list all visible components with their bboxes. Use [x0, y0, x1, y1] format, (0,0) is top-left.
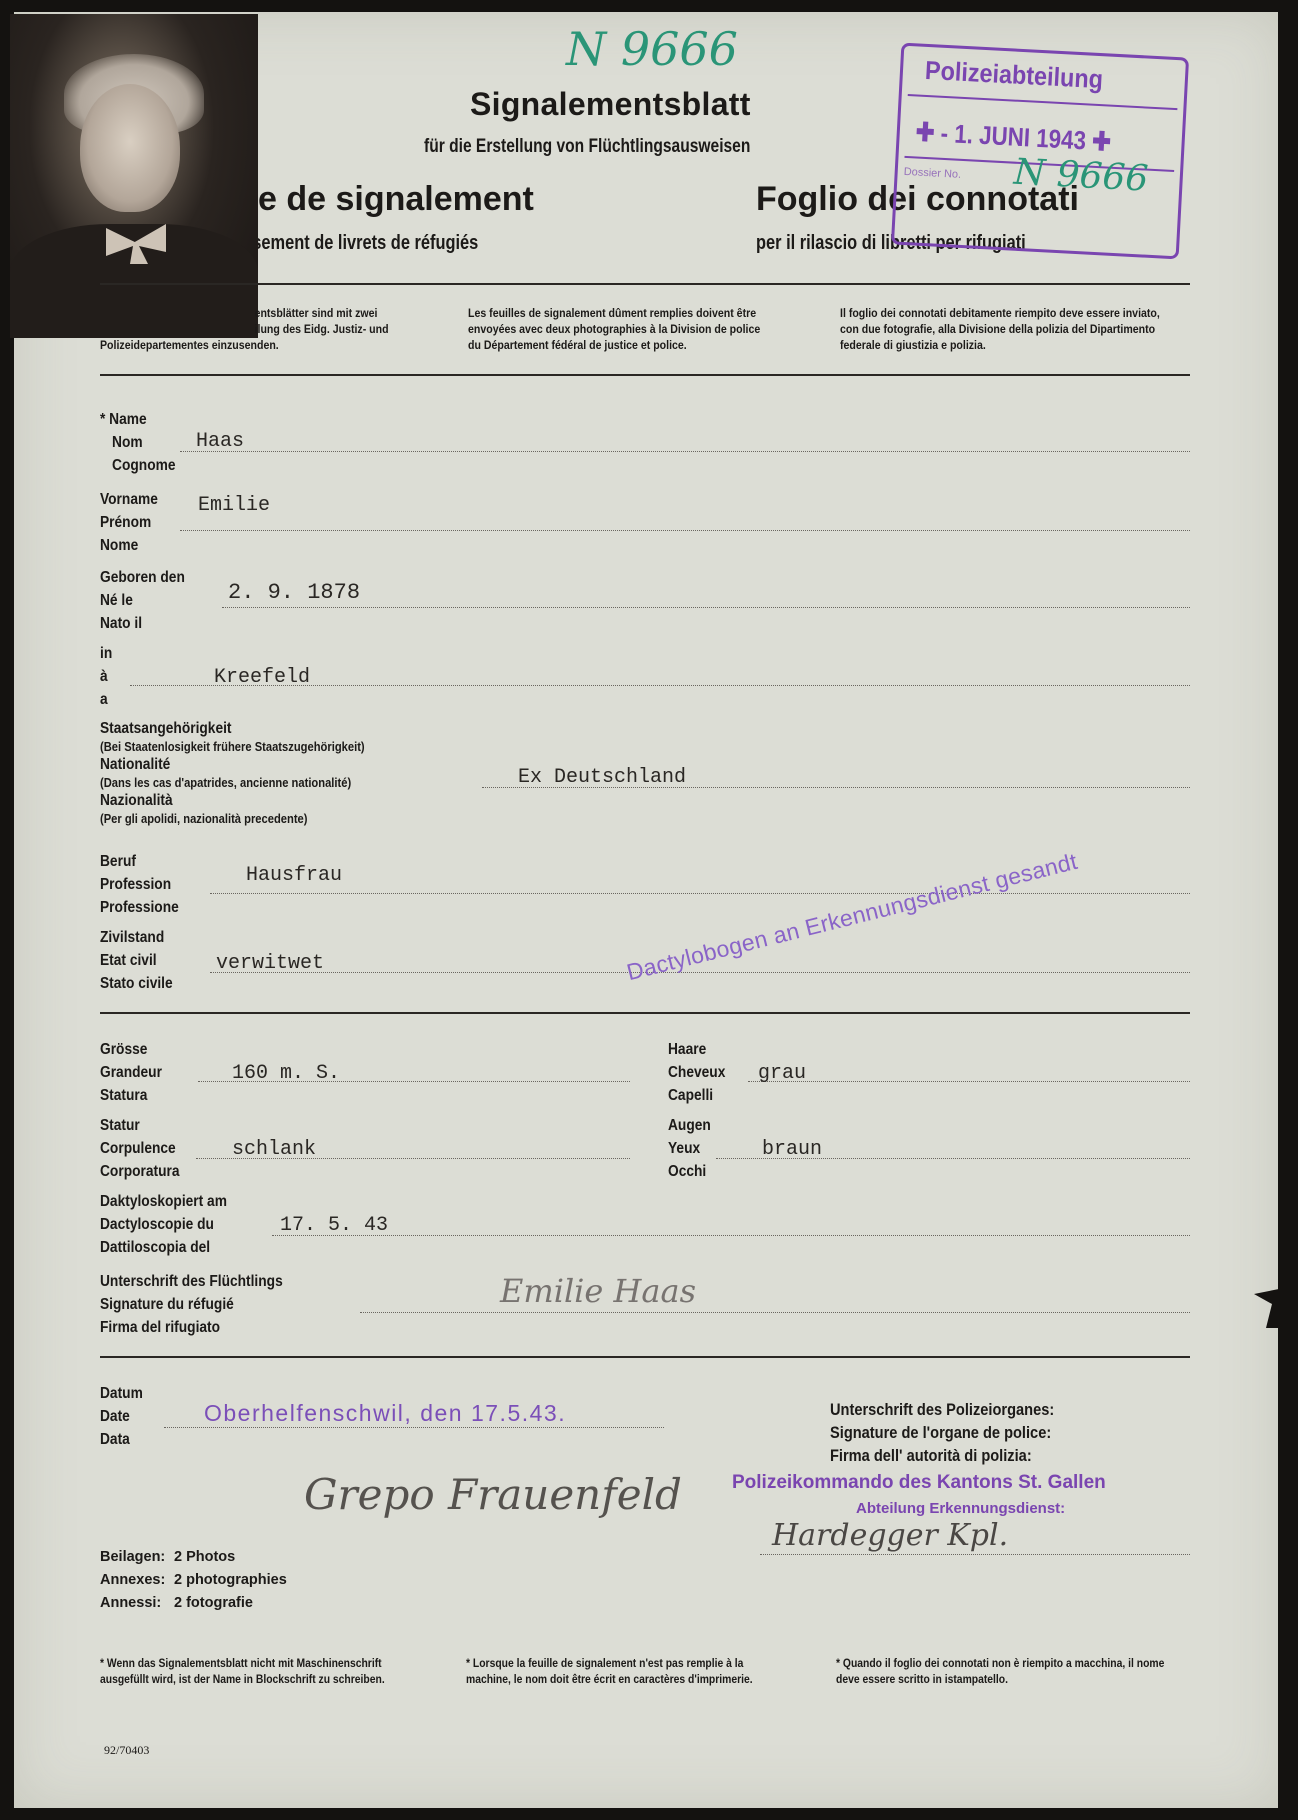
swiss-cross-icon: ✚: [1085, 125, 1111, 156]
label-date: Datum Date Data: [100, 1382, 143, 1451]
label-build: Statur Corpulence Corporatura: [100, 1114, 180, 1183]
instructions-it: Il foglio dei connotati debitamente riem…: [840, 306, 1164, 354]
field-name[interactable]: Haas: [196, 430, 244, 453]
field-nationality[interactable]: Ex Deutschland: [518, 766, 686, 789]
stamp-divider: [908, 94, 1178, 110]
police-signature[interactable]: Hardegger Kpl.: [772, 1518, 1008, 1553]
footnote-it: * Quando il foglio dei connotati non è r…: [836, 1656, 1169, 1688]
field-hair[interactable]: grau: [758, 1062, 806, 1085]
enclosure-row: Beilagen:2 Photos: [100, 1546, 287, 1569]
label-refugee-signature: Unterschrift des Flüchtlings Signature d…: [100, 1270, 283, 1339]
enclosures: Beilagen:2 Photos Annexes:2 photographie…: [100, 1546, 287, 1615]
stamp-date: ✚ - 1. JUNI 1943 ✚: [915, 116, 1112, 157]
civil-status-line: [210, 972, 1190, 973]
police-stamp-line2: Abteilung Erkennungsdienst:: [856, 1500, 1065, 1517]
label-profession: Beruf Profession Professione: [100, 850, 179, 919]
label-fingerprinted: Daktyloskopiert am Dactyloscopie du Datt…: [100, 1190, 227, 1259]
stamp-handwritten-number: N 9666: [1013, 152, 1150, 200]
form-code: 92/70403: [104, 1743, 149, 1758]
stamp-office: Polizeiabteilung: [924, 55, 1104, 95]
profession-line: [210, 893, 1190, 894]
instr-de-line1: entsblätter sind mit zwei: [100, 306, 404, 322]
field-first-name[interactable]: Emilie: [198, 494, 270, 517]
label-civil-status: Zivilstand Etat civil Stato civile: [100, 926, 173, 995]
label-eyes: Augen Yeux Occhi: [668, 1114, 711, 1183]
instructions-fr: Les feuilles de signalement dûment rempl…: [468, 306, 772, 354]
refugee-signature-line: [360, 1312, 1190, 1313]
title-german: Signalementsblatt: [470, 86, 751, 123]
subtitle-french: blissement de livrets de réfugiés: [224, 232, 478, 255]
section-rule: [100, 1012, 1190, 1014]
signature-rule: [100, 1356, 1190, 1358]
handwritten-file-number: N 9666: [566, 22, 738, 76]
field-build[interactable]: schlank: [232, 1138, 316, 1161]
footnote-de: * Wenn das Signalementsblatt nicht mit M…: [100, 1656, 397, 1688]
receipt-stamp: Polizeiabteilung ✚ - 1. JUNI 1943 ✚ Doss…: [891, 43, 1189, 260]
enclosure-row: Annessi:2 fotografie: [100, 1592, 287, 1615]
label-height: Grösse Grandeur Statura: [100, 1038, 162, 1107]
label-born: Geboren den Né le Nato il: [100, 566, 185, 635]
photo-face: [80, 84, 180, 212]
field-fingerprinted[interactable]: 17. 5. 43: [280, 1214, 388, 1237]
scan-border: [1278, 0, 1298, 1820]
date-line: [164, 1427, 664, 1428]
refugee-photo: [10, 14, 258, 338]
field-eyes[interactable]: braun: [762, 1138, 822, 1161]
subtitle-german: für die Erstellung von Flüchtlingsauswei…: [424, 136, 750, 158]
field-birthplace[interactable]: Kreefeld: [214, 666, 310, 689]
police-stamp-line1: Polizeikommando des Kantons St. Gallen: [732, 1472, 1106, 1494]
refugee-signature[interactable]: Emilie Haas: [500, 1272, 696, 1310]
name-line: [180, 451, 1190, 452]
handwritten-note: Grepo Frauenfeld: [304, 1470, 682, 1519]
field-profession[interactable]: Hausfrau: [246, 864, 342, 887]
stamp-small-label: Dossier No.: [903, 166, 961, 181]
instructions-rule: [100, 374, 1190, 376]
first-name-line: [180, 530, 1190, 531]
label-name: * Name Nom Cognome: [100, 408, 175, 477]
field-civil-status[interactable]: verwitwet: [216, 952, 324, 975]
enclosure-row: Annexes:2 photographies: [100, 1569, 287, 1592]
label-birthplace: in à a: [100, 642, 112, 711]
instr-de-line3: Polizeidepartementes einzusenden.: [100, 338, 404, 354]
instr-de-line2: ilung des Eidg. Justiz- und: [100, 322, 404, 338]
header-rule: [100, 283, 1190, 285]
swiss-cross-icon: ✚: [915, 116, 941, 147]
field-height[interactable]: 160 m. S.: [232, 1062, 340, 1085]
hair-line: [748, 1081, 1190, 1082]
label-police-signature: Unterschrift des Polizeiorganes: Signatu…: [830, 1398, 1054, 1467]
footnote-fr: * Lorsque la feuille de signalement n'es…: [466, 1656, 763, 1688]
stamp-date-text: - 1. JUNI 1943: [940, 118, 1087, 156]
instructions-de: entsblätter sind mit zwei ilung des Eidg…: [100, 306, 404, 354]
title-french: e de signalement: [258, 180, 534, 219]
fingerprinted-line: [272, 1235, 1190, 1236]
police-signature-line: [760, 1554, 1190, 1555]
label-first-name: Vorname Prénom Nome: [100, 488, 158, 557]
field-date-place[interactable]: Oberhelfenschwil, den 17.5.43.: [204, 1400, 566, 1427]
field-born[interactable]: 2. 9. 1878: [228, 580, 360, 605]
label-nationality: Staatsangehörigkeit (Bei Staatenlosigkei…: [100, 720, 365, 828]
label-hair: Haare Cheveux Capelli: [668, 1038, 725, 1107]
born-line: [222, 607, 1190, 608]
